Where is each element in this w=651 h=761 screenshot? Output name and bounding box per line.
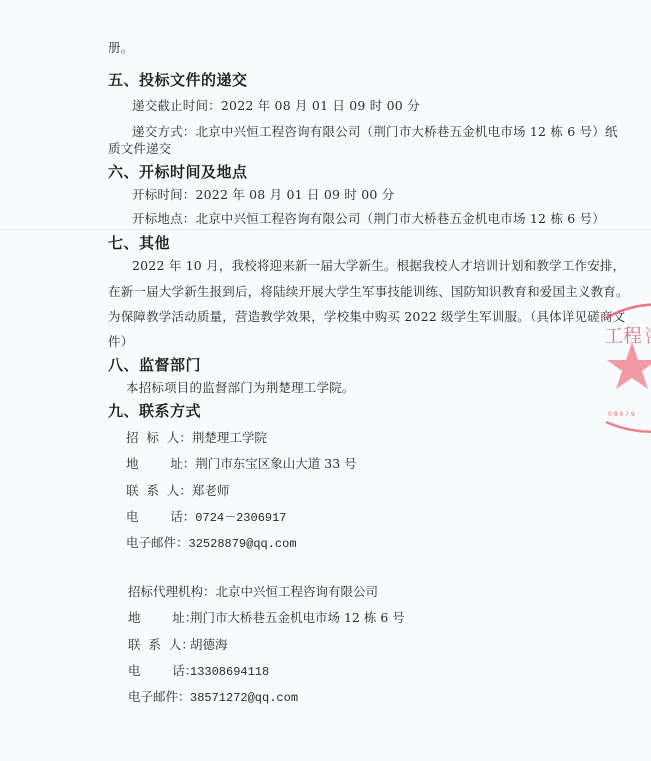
contact-label: 招 标 人： (126, 430, 192, 446)
other-paragraph-line-1: 2022 年 10 月，我校将迎来新一届大学新生。根据我校人才培训计划和教学工作… (132, 258, 625, 274)
agency-contact-person-row: 联 系 人：胡德海 (128, 637, 228, 653)
agency-email-row: 电子邮件：38571272@qq.com (128, 689, 298, 706)
contact-value: 荆门市东宝区象山大道 33 号 (195, 456, 356, 471)
section-heading-submission: 五、投标文件的递交 (108, 71, 248, 89)
submission-method: 递交方式：北京中兴恒工程咨询有限公司（荆门市大桥巷五金机电市场 12 栋 6 号… (132, 124, 618, 140)
contact-value: 荆楚理工学院 (192, 430, 267, 445)
scan-fold-line (0, 229, 651, 231)
other-paragraph-line-3: 为保障教学活动质量，营造教学效果，学校集中购买 2022 级学生军训服。（具体详… (108, 309, 625, 325)
section-heading-contact: 九、联系方式 (108, 402, 201, 420)
contact-label: 电子邮件： (126, 535, 189, 551)
opening-time: 开标时间：2022 年 08 月 01 日 09 时 00 分 (132, 187, 394, 203)
contact-label: 电 话： (126, 509, 195, 525)
contact-label: 电 话： (128, 663, 190, 679)
contact-email: 38571272@qq.com (190, 691, 298, 705)
tenderer-address-row: 地 址：荆门市东宝区象山大道 33 号 (126, 456, 357, 472)
opening-location: 开标地点：北京中兴恒工程咨询有限公司（荆门市大桥巷五金机电市场 12 栋 6 号… (132, 211, 605, 227)
section-heading-supervision: 八、监督部门 (108, 356, 201, 374)
contact-label: 地 址： (128, 610, 190, 626)
contact-label: 联 系 人： (128, 637, 190, 653)
tenderer-phone-row: 电 话：0724－2306917 (126, 509, 287, 526)
text-fragment: 册。 (108, 40, 133, 56)
section-heading-opening: 六、开标时间及地点 (108, 163, 248, 181)
other-paragraph-line-4: 件） (108, 334, 133, 350)
contact-email: 32528879@qq.com (189, 537, 297, 551)
tenderer-name-row: 招 标 人：荆楚理工学院 (126, 430, 267, 446)
agency-phone-row: 电 话：13308694118 (128, 663, 269, 680)
contact-value: 北京中兴恒工程咨询有限公司 (216, 584, 379, 599)
svg-text:工程: 工程 (604, 325, 642, 347)
agency-name-row: 招标代理机构：北京中兴恒工程咨询有限公司 (128, 584, 378, 600)
contact-label: 地 址： (126, 456, 195, 472)
contact-value: 胡德海 (190, 637, 228, 652)
agency-address-row: 地 址：荆门市大桥巷五金机电市场 12 栋 6 号 (128, 610, 405, 626)
submission-method-cont: 质文件递交 (108, 141, 172, 157)
svg-text:咨: 咨 (644, 325, 651, 347)
tenderer-contact-person-row: 联 系 人：郑老师 (126, 483, 229, 499)
contact-label: 联 系 人： (126, 483, 192, 499)
tenderer-email-row: 电子邮件：32528879@qq.com (126, 535, 297, 552)
official-seal: 工程 咨 0 8 0 7 9 (598, 290, 651, 435)
contact-label: 招标代理机构： (128, 584, 216, 600)
contact-value: 荆门市大桥巷五金机电市场 12 栋 6 号 (190, 610, 405, 625)
svg-text:0 8 0 7 9: 0 8 0 7 9 (608, 411, 635, 418)
contact-value: 13308694118 (190, 665, 269, 679)
supervision-text: 本招标项目的监督部门为荆楚理工学院。 (126, 380, 355, 396)
submission-deadline: 递交截止时间：2022 年 08 月 01 日 09 时 00 分 (132, 98, 420, 114)
contact-value: 郑老师 (192, 483, 230, 498)
contact-label: 电子邮件： (128, 689, 190, 705)
seal-star-icon: 工程 咨 0 8 0 7 9 (598, 290, 651, 435)
other-paragraph-line-2: 在新一届大学新生报到后，将陆续开展大学生军事技能训练、国防知识教育和爱国主义教育… (108, 284, 629, 300)
section-heading-other: 七、其他 (108, 234, 170, 252)
contact-value: 0724－2306917 (195, 511, 286, 525)
document-page: 册。 五、投标文件的递交 递交截止时间：2022 年 08 月 01 日 09 … (0, 0, 651, 761)
